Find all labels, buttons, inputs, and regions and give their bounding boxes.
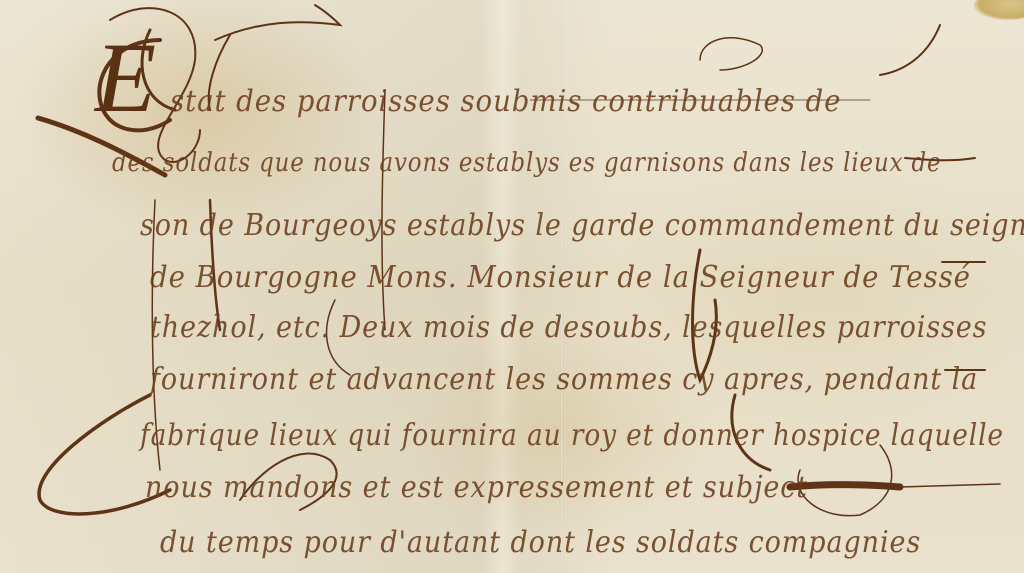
manuscript-line-4: de Bourgogne Mons. Monsieur de la Seigne… (150, 260, 971, 295)
manuscript-line-6: fourniront et advancent les sommes cy ap… (150, 362, 978, 397)
manuscript-line-8: nous mandons et est expressement et subj… (145, 470, 808, 505)
manuscript-line-5: thezhol, etc. Deux mois de desoubs, lesq… (150, 310, 987, 345)
manuscript-line-3: son de Bourgeoys establys le garde comma… (140, 208, 1024, 243)
manuscript-line-1: stat des parroisses soubmis contribuable… (170, 84, 841, 119)
manuscript-line-7: fabrique lieux qui fournira au roy et do… (140, 418, 1004, 453)
manuscript-line-2: des soldats que nous avons establys es g… (112, 148, 941, 178)
manuscript-photo: E stat des parroisses soubmis contribuab… (0, 0, 1024, 573)
decorative-initial: E (95, 20, 156, 135)
manuscript-line-9: du temps pour d'autant dont les soldats … (160, 525, 921, 560)
